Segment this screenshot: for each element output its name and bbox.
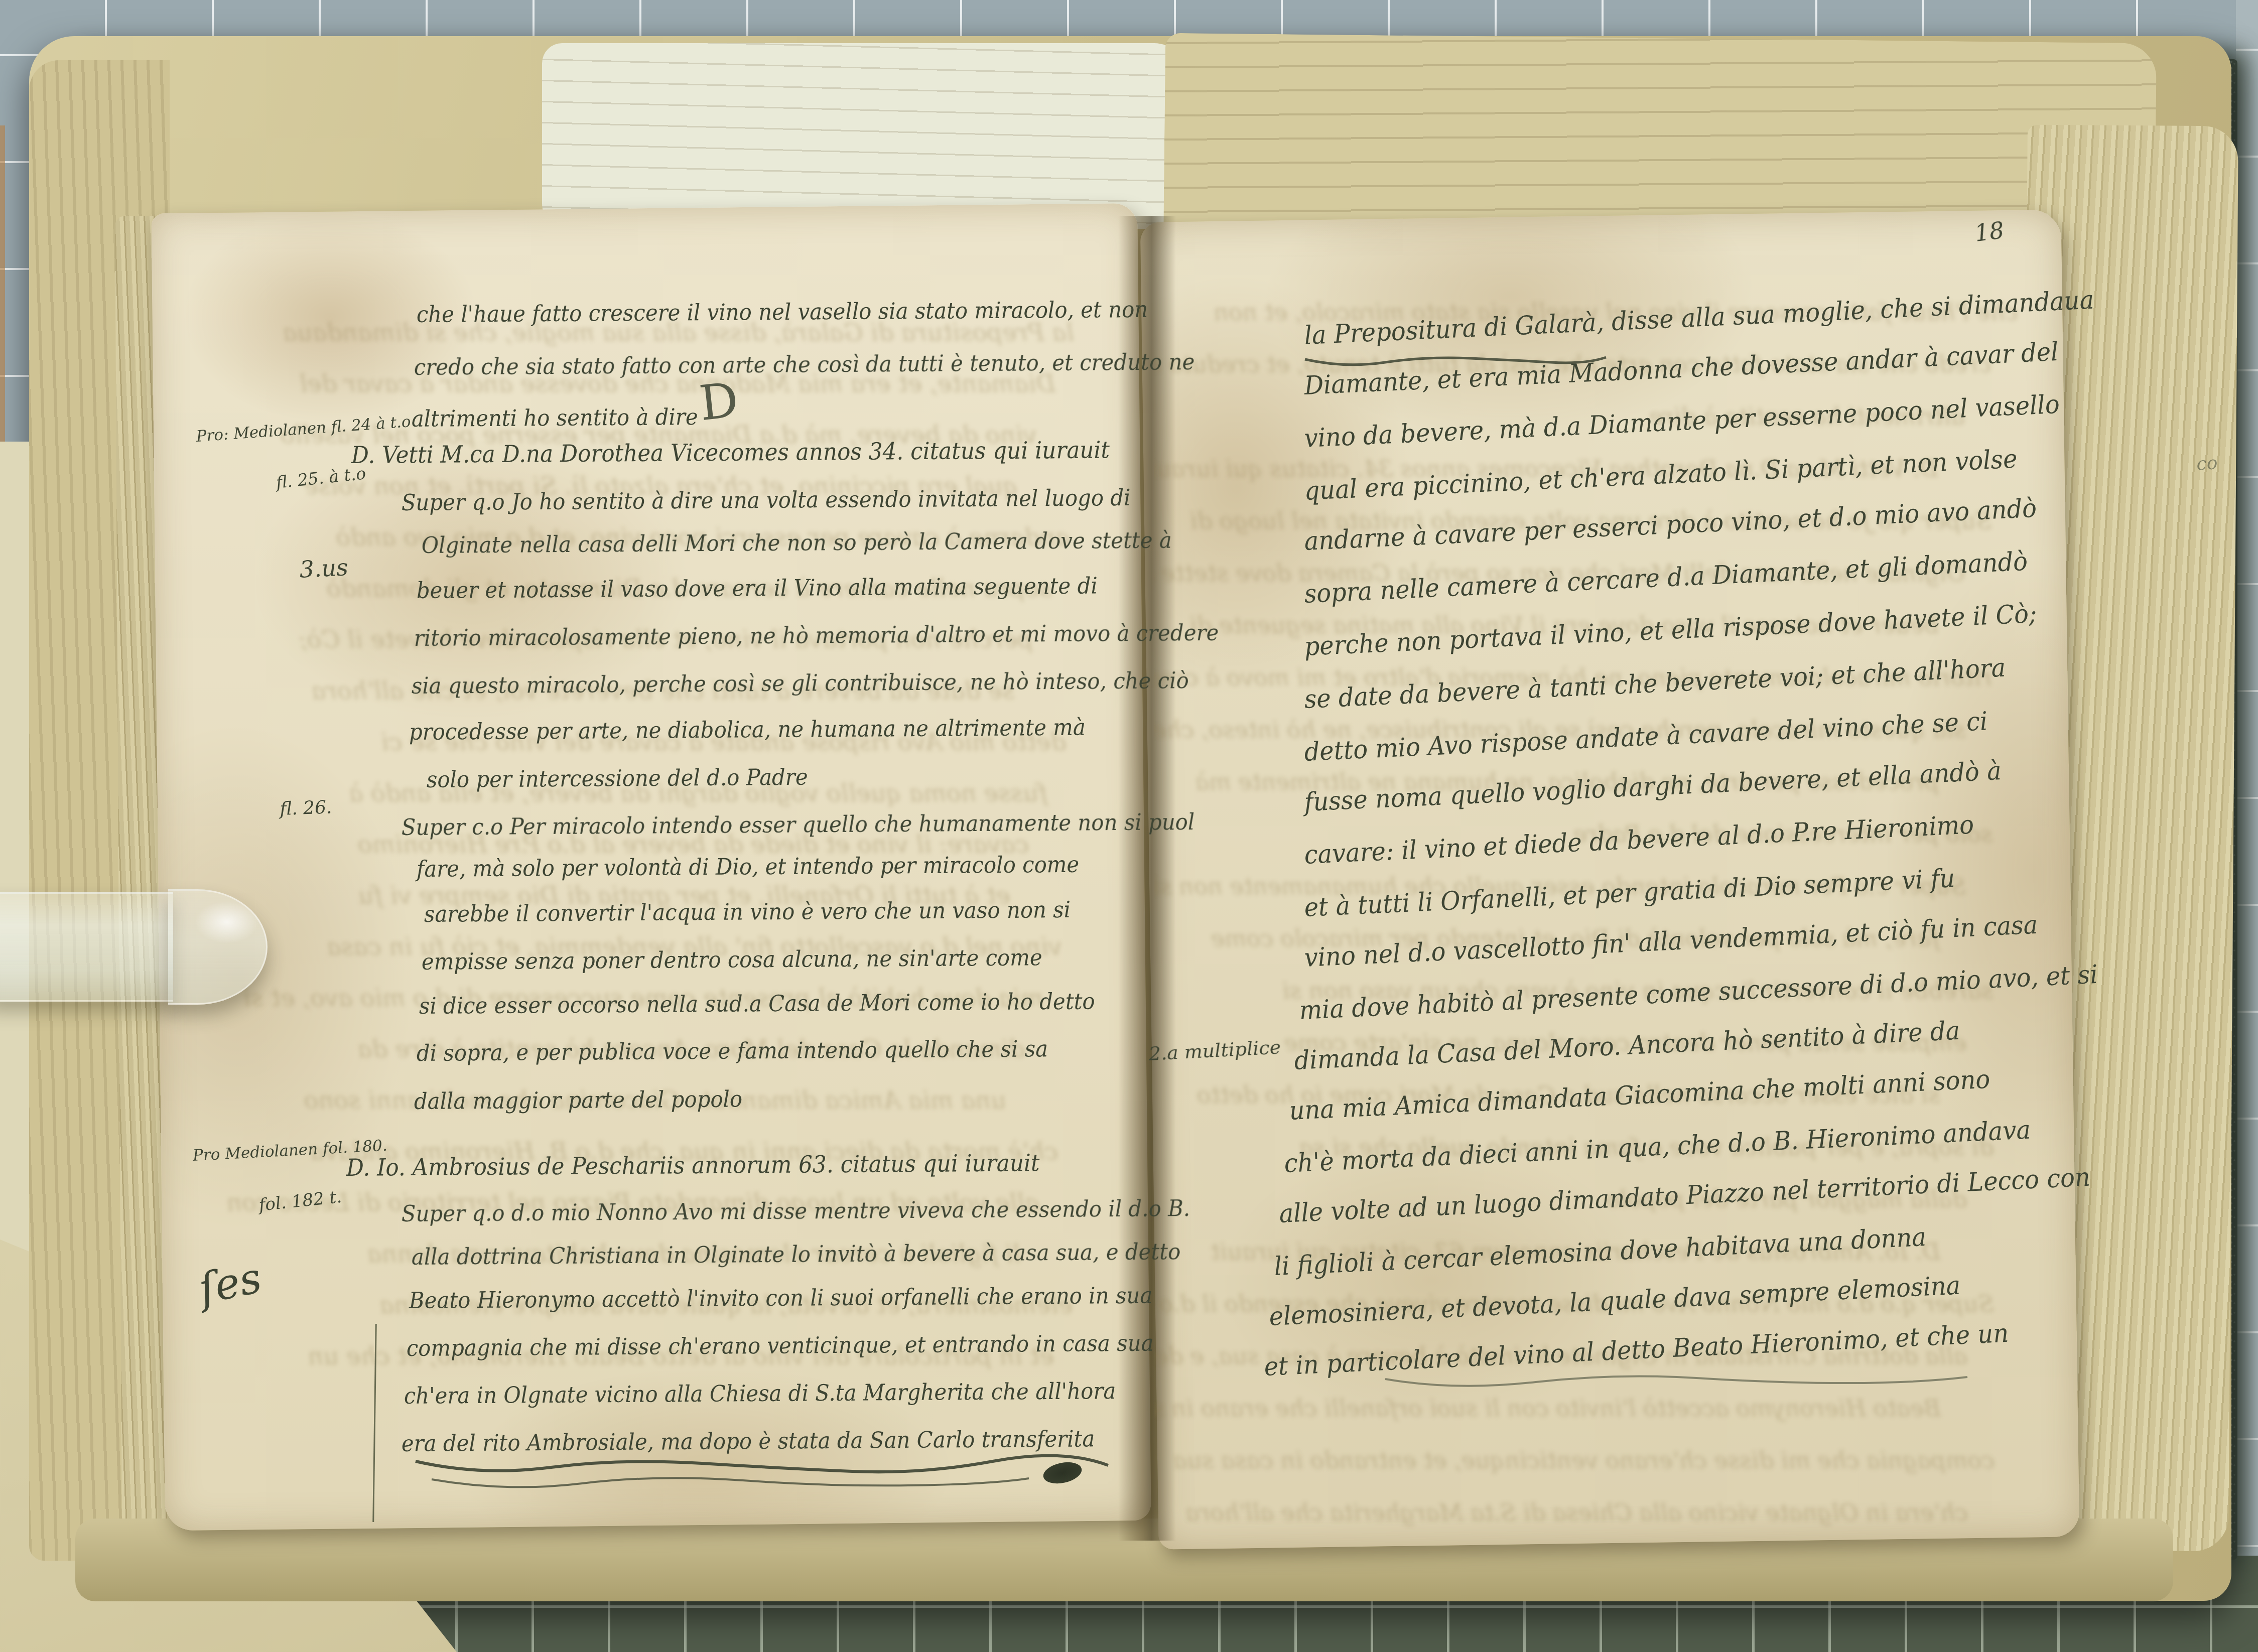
manuscript-line: era del rito Ambrosiale, ma dopo è stata… [402,1425,1095,1457]
manuscript-line: ritorio miracolosamente pieno, ne hò mem… [414,619,1219,651]
manuscript-line: si dice esser occorso nella sud.a Casa d… [419,988,1095,1019]
manuscript-line: di sopra, e per publica voce e fama inte… [417,1035,1048,1066]
manuscript-line: procedesse per arte, ne diabolica, ne hu… [409,714,1086,745]
manuscript-line: Super c.o Per miracolo intendo esser que… [402,808,1195,841]
manuscript-line: D. Io. Ambrosius de Peschariis annorum 6… [346,1149,1040,1182]
edge-catch-mark: co [2196,453,2218,475]
paragraph-mark: D [697,372,741,432]
manuscript-line: 3.us [299,554,349,583]
manuscript-line: alla dottrina Christiana in Olginate lo … [412,1238,1181,1270]
manuscript-line: fare, mà solo per volontà di Dio, et int… [417,851,1080,882]
manuscript-line: empisse senza poner dentro cosa alcuna, … [422,944,1042,975]
manuscript-line: D. Vetti M.ca D.na Dorothea Vicecomes an… [351,436,1110,469]
manuscript-line: Beato Hieronymo accettò l'invito con li … [409,1282,1153,1314]
manuscript-line: compagnia che mi disse ch'erano venticin… [407,1330,1154,1361]
manuscript-line: dalla maggior parte del popolo [414,1085,743,1115]
manuscript-line: che l'haue fatto crescere il vino nel va… [417,296,1148,328]
manuscript-line: beuer et notasse il vaso dove era il Vin… [417,573,1098,604]
manuscript-photo-scene: la Prepositura di Galarà, disse alla sua… [0,0,2258,1652]
manuscript-line: ch'era in Olgnate vicino alla Chiesa di … [404,1378,1116,1409]
manuscript-line: sia questo miracolo, perche così se gli … [412,667,1189,699]
manuscript-line: fl. 26. [280,797,333,819]
page-number: 18 [1973,216,2006,247]
manuscript-line: solo per intercessione del d.o Padre [427,764,808,793]
glass-weight-bar [0,892,173,1002]
manuscript-line: Olginate nella casa delli Mori che non s… [422,527,1172,559]
grid-mat-right [2236,0,2258,1652]
manuscript-line: sarebbe il convertir l'acqua in vino è v… [424,896,1071,927]
manuscript-line: Super q.o d.o mio Nonno Avo mi disse men… [402,1195,1190,1227]
mat-edge-sliver [0,125,5,457]
guard-sheets [542,43,1184,229]
manuscript-line: altrimenti ho sentito à dire [412,403,698,432]
manuscript-line: credo che sia stato fatto con arte che c… [414,348,1195,380]
manuscript-line: Super q.o Jo ho sentito à dire una volta… [402,484,1131,516]
